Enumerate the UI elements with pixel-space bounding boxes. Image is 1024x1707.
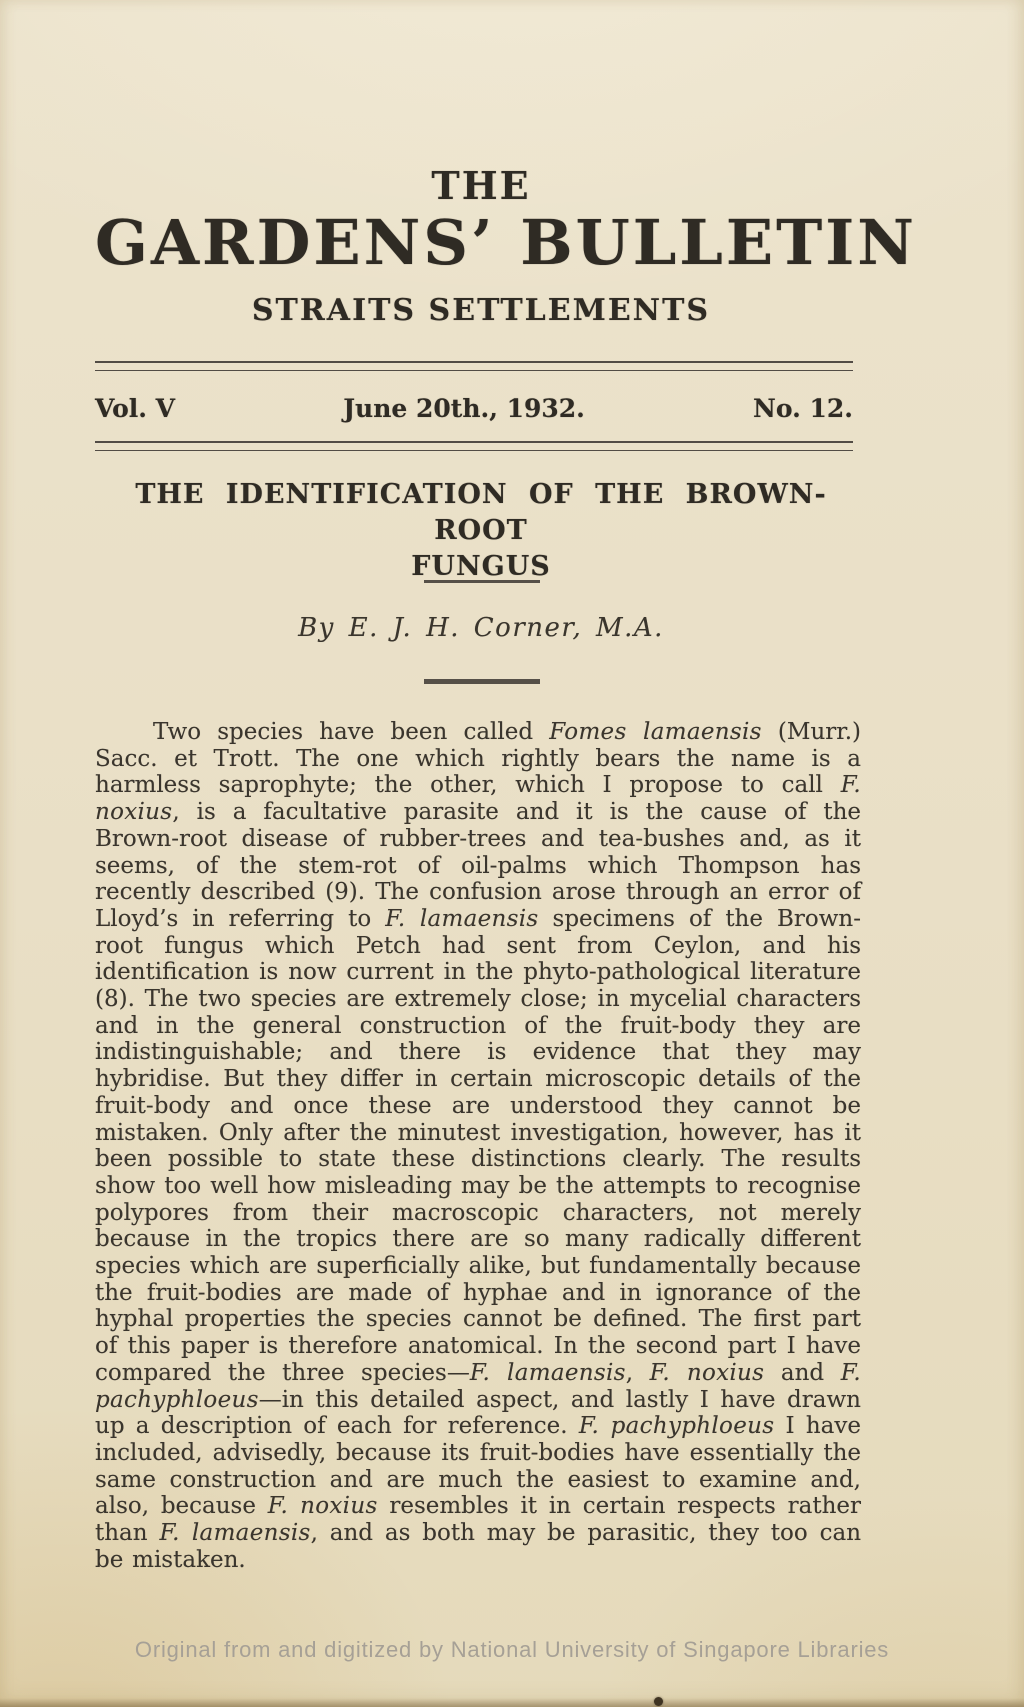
digitization-watermark: Original from and digitized by National … bbox=[0, 1637, 1024, 1663]
article-title-line-1: THE IDENTIFICATION OF THE BROWN-ROOT bbox=[95, 477, 867, 549]
issue-number: No. 12. bbox=[753, 394, 853, 423]
issue-top-rule bbox=[95, 361, 853, 371]
masthead-title: GARDENS’ BULLETIN bbox=[95, 212, 867, 274]
issue-bottom-rule bbox=[95, 441, 853, 451]
byline-divider-rule bbox=[424, 679, 540, 684]
issue-line: Vol. V June 20th., 1932. No. 12. bbox=[95, 394, 853, 423]
issue-date: June 20th., 1932. bbox=[343, 394, 585, 423]
issue-volume: Vol. V bbox=[95, 394, 175, 423]
scanned-journal-page: THE GARDENS’ BULLETIN STRAITS SETTLEMENT… bbox=[0, 0, 1024, 1707]
masthead-kicker: THE bbox=[95, 167, 867, 205]
article-byline: By E. J. H. Corner, M.A. bbox=[95, 613, 867, 643]
masthead-subtitle: STRAITS SETTLEMENTS bbox=[95, 295, 867, 327]
article-title: THE IDENTIFICATION OF THE BROWN-ROOT FUN… bbox=[95, 477, 867, 585]
article-paragraph: Two species have been called Fomes lamae… bbox=[95, 719, 861, 1574]
scan-speck bbox=[654, 1697, 663, 1706]
scan-bottom-edge bbox=[0, 1698, 1024, 1707]
title-divider-rule bbox=[424, 580, 540, 583]
